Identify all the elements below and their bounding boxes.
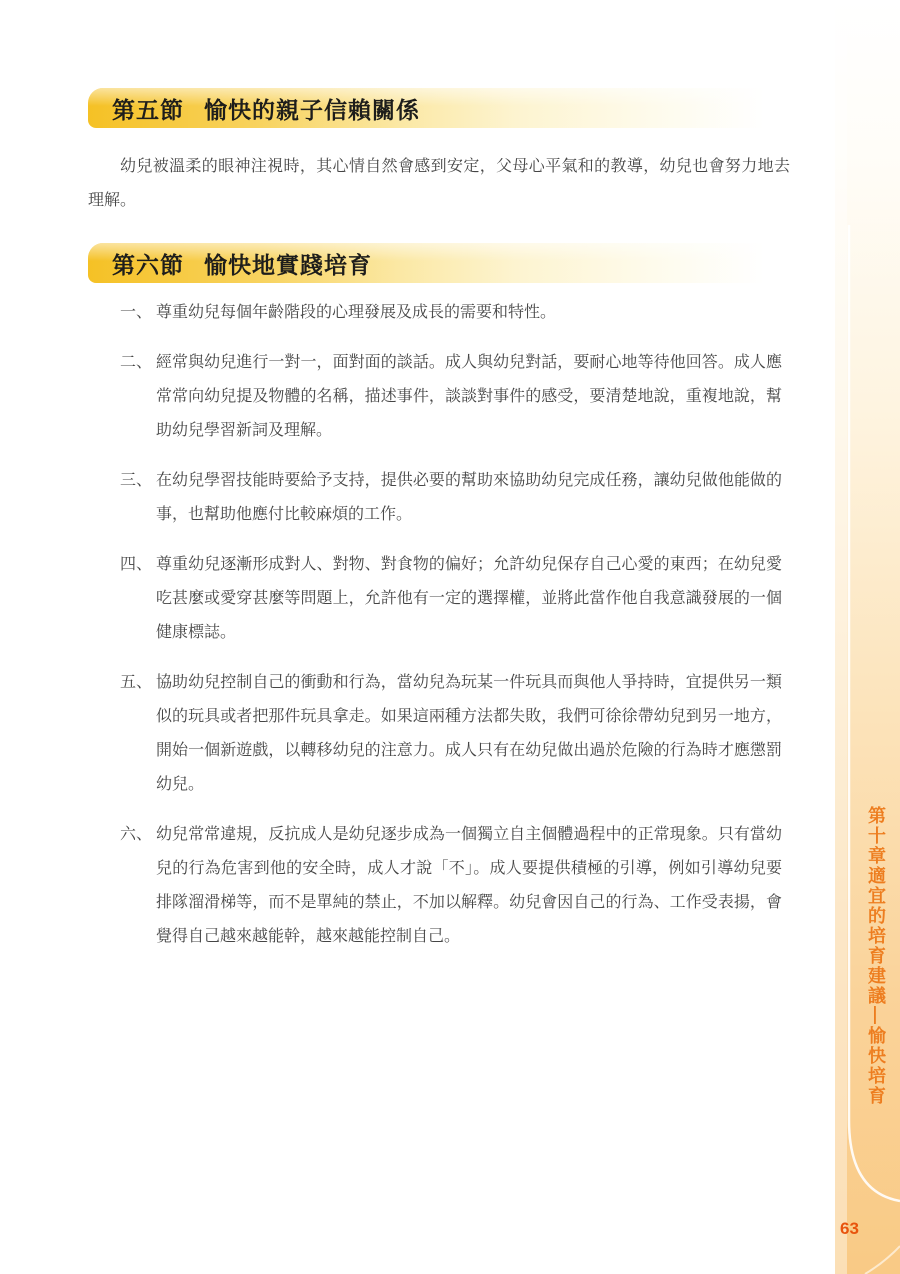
section-title: 愉快地實踐培育	[204, 247, 372, 280]
chapter-title: 適宜的培育建議—愉快培育	[866, 866, 886, 1106]
list-item: 二、 經常與幼兒進行一對一，面對面的談話。成人與幼兒對話，要耐心地等待他回答。成…	[120, 346, 782, 448]
practice-list: 一、 尊重幼兒每個年齡階段的心理發展及成長的需要和特性。 二、 經常與幼兒進行一…	[120, 296, 782, 970]
item-number: 六、	[120, 818, 156, 954]
item-text: 在幼兒學習技能時要給予支持，提供必要的幫助來協助幼兒完成任務，讓幼兒做他能做的事…	[156, 464, 782, 532]
list-item: 三、 在幼兒學習技能時要給予支持，提供必要的幫助來協助幼兒完成任務，讓幼兒做他能…	[120, 464, 782, 532]
item-text: 經常與幼兒進行一對一，面對面的談話。成人與幼兒對話，要耐心地等待他回答。成人應常…	[156, 346, 782, 448]
section-label: 第五節	[112, 92, 184, 125]
section-header-5: 第五節 愉快的親子信賴關係	[88, 88, 778, 128]
item-text: 協助幼兒控制自己的衝動和行為，當幼兒為玩某一件玩具而與他人爭持時，宜提供另一類似…	[156, 666, 782, 802]
section-header-6: 第六節 愉快地實踐培育	[88, 243, 778, 283]
item-text: 尊重幼兒每個年齡階段的心理發展及成長的需要和特性。	[156, 296, 782, 330]
item-text: 尊重幼兒逐漸形成對人、對物、對食物的偏好；允許幼兒保存自己心愛的東西；在幼兒愛吃…	[156, 548, 782, 650]
section-title: 愉快的親子信賴關係	[204, 92, 420, 125]
item-number: 五、	[120, 666, 156, 802]
item-text: 幼兒常常違規，反抗成人是幼兒逐步成為一個獨立自主個體過程中的正常現象。只有當幼兒…	[156, 818, 782, 954]
page-number: 63	[840, 1219, 859, 1239]
intro-paragraph: 幼兒被溫柔的眼神注視時，其心情自然會感到安定，父母心平氣和的教導，幼兒也會努力地…	[88, 150, 790, 218]
item-number: 三、	[120, 464, 156, 532]
item-number: 二、	[120, 346, 156, 448]
list-item: 四、 尊重幼兒逐漸形成對人、對物、對食物的偏好；允許幼兒保存自己心愛的東西；在幼…	[120, 548, 782, 650]
chapter-vertical-label: 第十章適宜的培育建議—愉快培育	[867, 806, 885, 1106]
list-item: 一、 尊重幼兒每個年齡階段的心理發展及成長的需要和特性。	[120, 296, 782, 330]
item-number: 一、	[120, 296, 156, 330]
section-label: 第六節	[112, 247, 184, 280]
list-item: 五、 協助幼兒控制自己的衝動和行為，當幼兒為玩某一件玩具而與他人爭持時，宜提供另…	[120, 666, 782, 802]
chapter-number: 第十章	[866, 806, 886, 866]
item-number: 四、	[120, 548, 156, 650]
list-item: 六、 幼兒常常違規，反抗成人是幼兒逐步成為一個獨立自主個體過程中的正常現象。只有…	[120, 818, 782, 954]
document-page: 第十章適宜的培育建議—愉快培育 63 第五節 愉快的親子信賴關係 幼兒被溫柔的眼…	[0, 0, 900, 1274]
